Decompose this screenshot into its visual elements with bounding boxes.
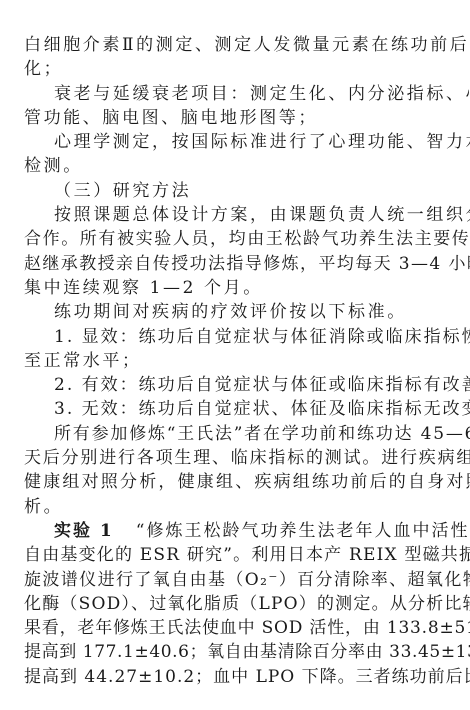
paragraph-psychology: 心理学测定，按国际标准进行了心理功能、智力水平 [24, 130, 424, 154]
text-line: 至正常水平； [24, 349, 424, 373]
text-line: 天后分别进行各项生理、临床指标的测试。进行疾病组与 [24, 446, 424, 470]
paragraph-method: 按照课题总体设计方案，由课题负责人统一组织分工 [24, 203, 424, 227]
text-line: 旋波谱仪进行了氧自由基（O₂⁻）百分清除率、超氧化物歧 [24, 568, 424, 592]
text-line: 集中连续观察 1—2 个月。 [24, 276, 424, 300]
text-line: 健康组对照分析，健康组、疾病组练功前后的自身对照分 [24, 470, 424, 494]
text-line: 合作。所有被实验人员，均由王松龄气功养生法主要传人 [24, 227, 424, 251]
paragraph-experiment-1: 实验 1“修炼王松龄气功养生法老年人血中活性氧 [24, 519, 424, 543]
paragraph-criteria-intro: 练功期间对疾病的疗效评价按以下标准。 [24, 300, 424, 324]
experiment-title: “修炼王松龄气功养生法老年人血中活性氧 [136, 521, 470, 541]
criteria-item-2: 2. 有效：练功后自觉症状与体征或临床指标有改善； [24, 373, 424, 397]
text-line: 提高到 177.1±40.6；氧自由基清除百分率由 33.45±13.1 [24, 640, 424, 664]
document-page: 白细胞介素Ⅱ的测定、测定人发微量元素在练功前后的变 化； 衰老与延缓衰老项目：测… [24, 33, 424, 689]
text-line: 果看，老年修炼王氏法使血中 SOD 活性，由 133.8±51.4 [24, 616, 424, 640]
text-line: 管功能、脑电图、脑电地形图等； [24, 106, 424, 130]
text-line: 化酶（SOD）、过氧化脂质（LPO）的测定。从分析比较结 [24, 592, 424, 616]
text-line: 检测。 [24, 154, 424, 178]
paragraph-aging-items: 衰老与延缓衰老项目：测定生化、内分泌指标、心血 [24, 82, 424, 106]
paragraph-testing: 所有参加修炼“王氏法”者在学功前和练功达 45—60 [24, 422, 424, 446]
text-line: 析。 [24, 495, 424, 519]
criteria-item-3: 3. 无效：练功后自觉症状、体征及临床指标无改变。 [24, 397, 424, 421]
text-line: 赵继承教授亲自传授功法指导修炼，平均每天 3—4 小时， [24, 252, 424, 276]
experiment-label: 实验 1 [54, 521, 114, 541]
section-heading-research-method: （三）研究方法 [24, 179, 424, 203]
text-line: 自由基变化的 ESR 研究”。利用日本产 REIX 型磁共振自 [24, 543, 424, 567]
text-line: 化； [24, 57, 424, 81]
text-line: 提高到 44.27±10.2；血中 LPO 下降。三者练功前后比较 [24, 665, 424, 689]
text-line: 白细胞介素Ⅱ的测定、测定人发微量元素在练功前后的变 [24, 33, 424, 57]
criteria-item-1: 1. 显效：练功后自觉症状与体征消除或临床指标恢复 [24, 325, 424, 349]
